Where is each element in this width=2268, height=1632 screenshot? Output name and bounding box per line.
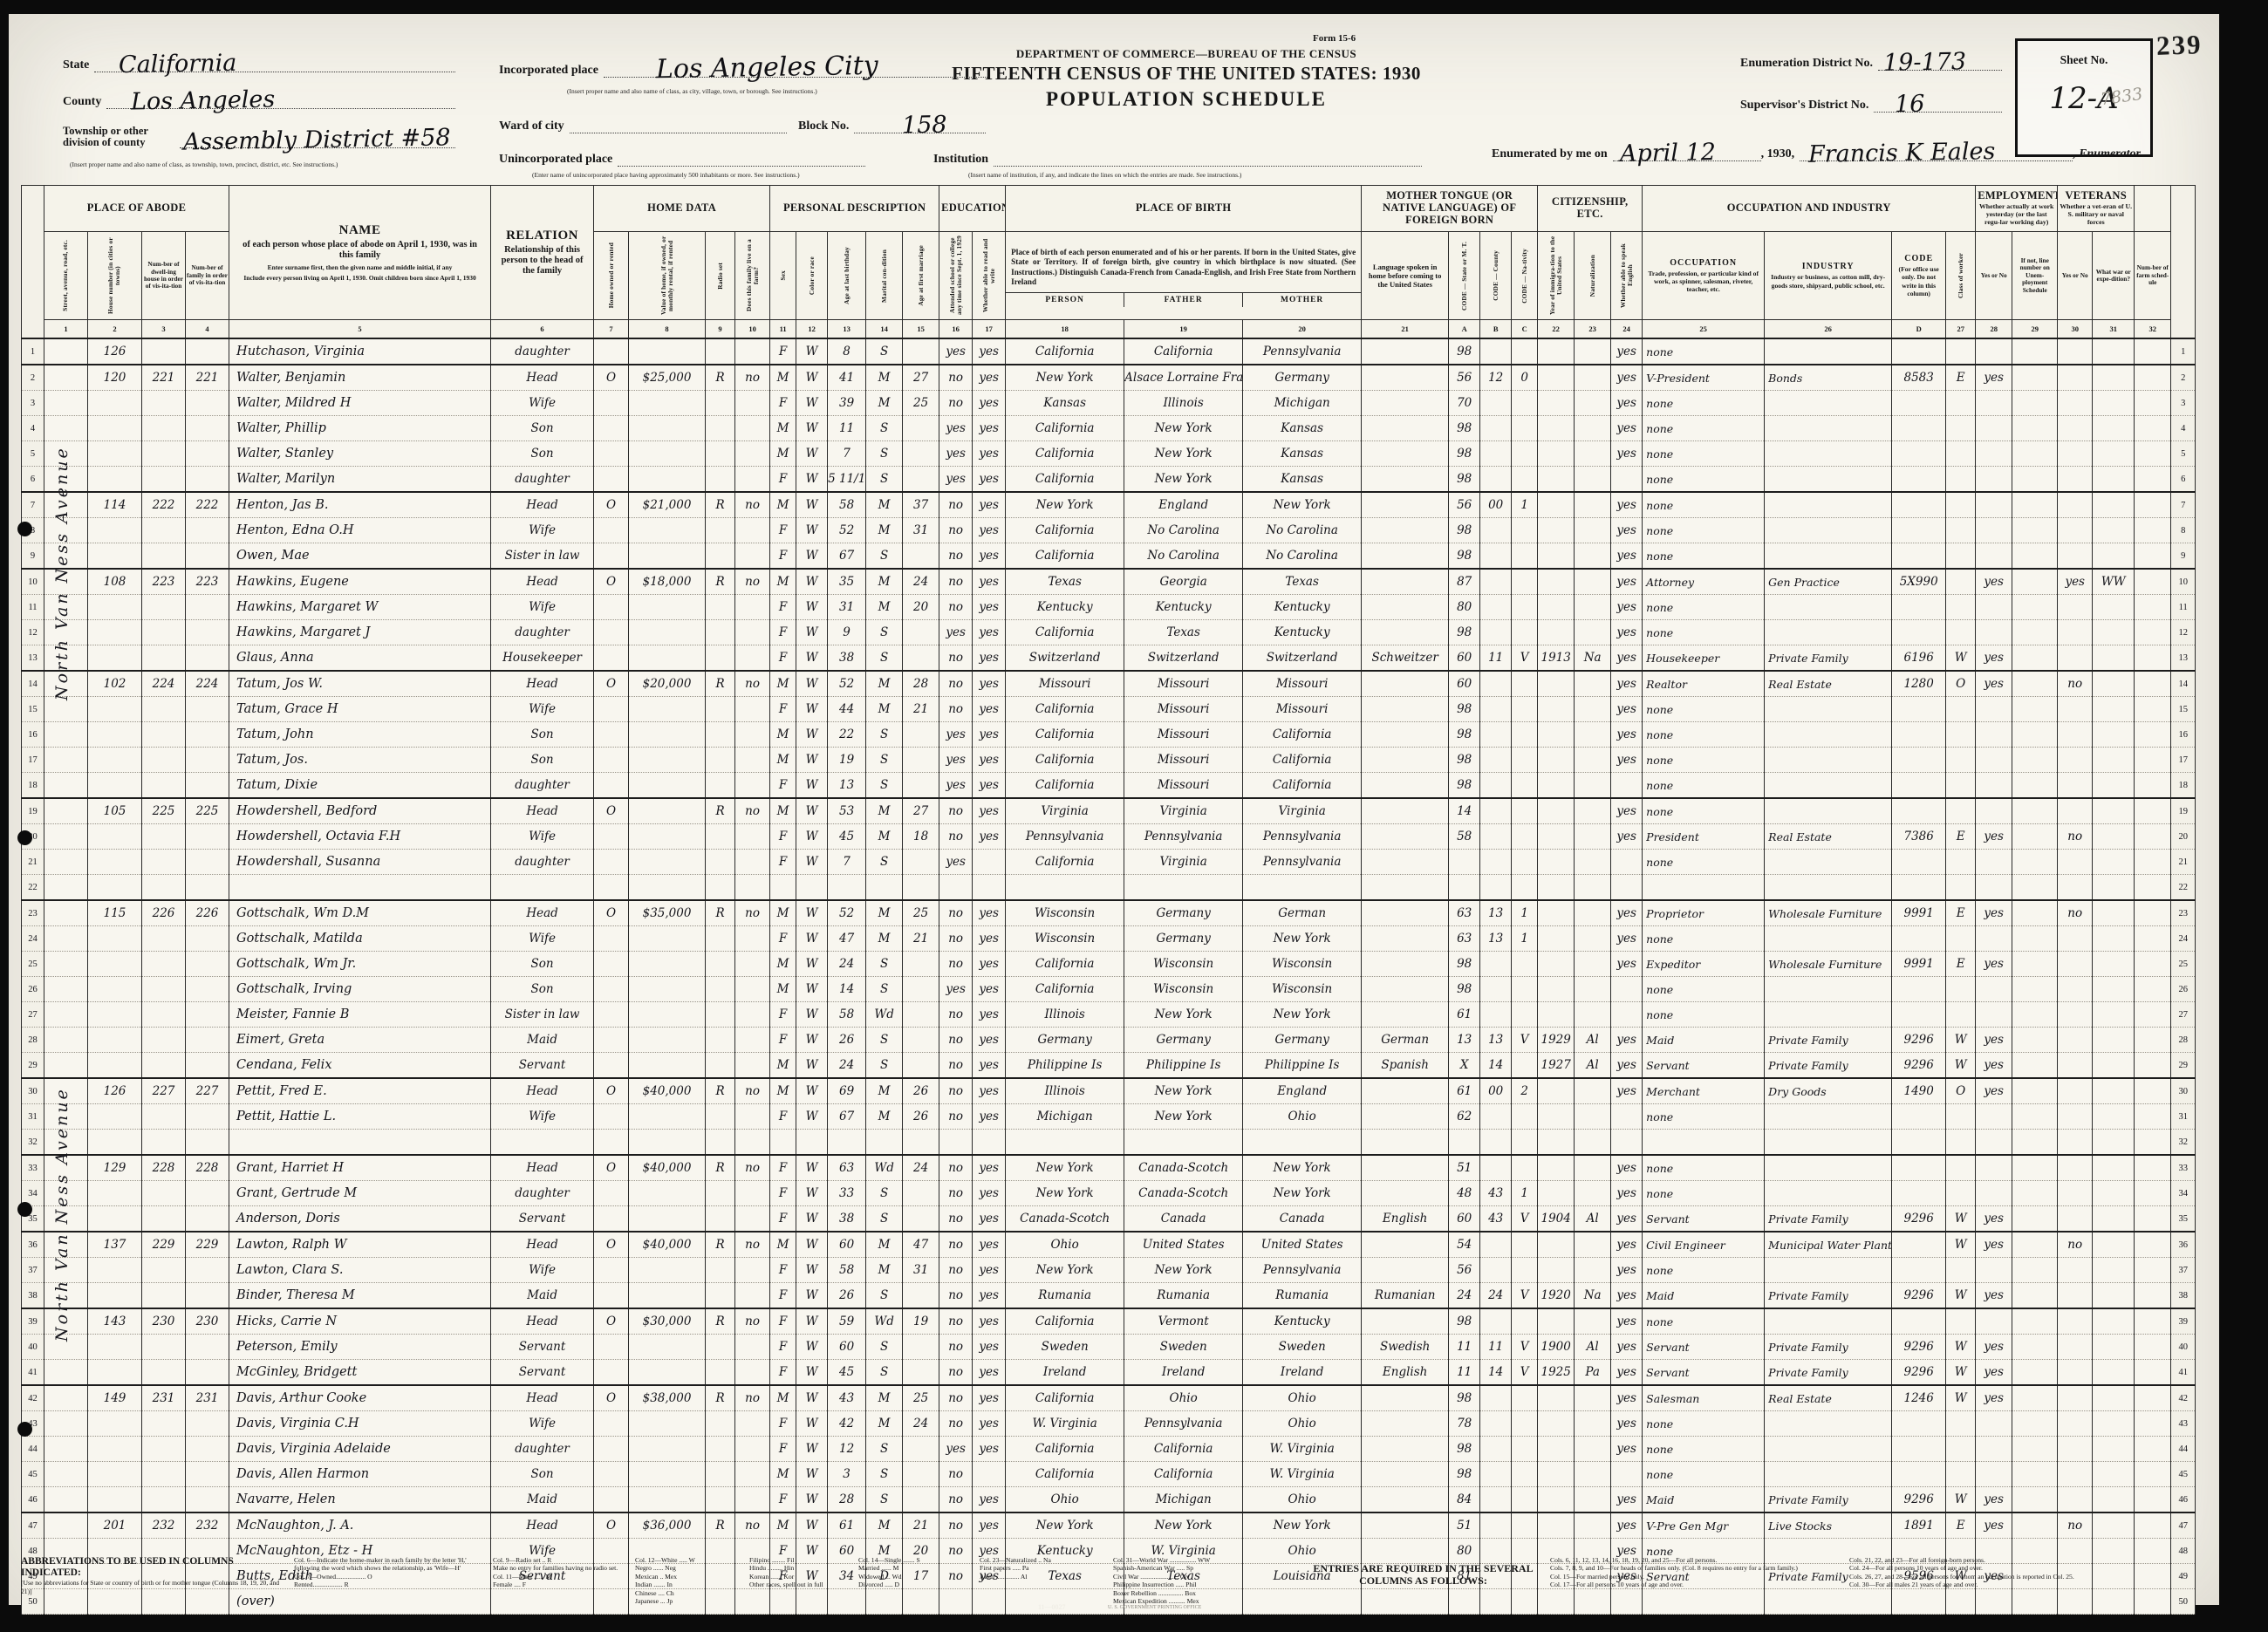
cell: 225 [186, 798, 229, 824]
cell: $18,000 [629, 569, 706, 595]
cell: yes [973, 441, 1006, 467]
cell [706, 645, 735, 672]
cell: Wisconsin [1243, 977, 1362, 1002]
cell [2012, 798, 2058, 824]
cell: no [939, 1078, 973, 1104]
cell: Ireland [1243, 1360, 1362, 1386]
cell: no [939, 697, 973, 722]
cell: Canada-Scotch [1124, 1155, 1243, 1181]
cell: M [770, 900, 796, 926]
cell [2012, 1002, 2058, 1028]
line-number: 30 [2171, 1078, 2196, 1104]
cell [1765, 543, 1892, 570]
cell: M [866, 697, 903, 722]
cell [706, 620, 735, 645]
cell [2058, 595, 2093, 620]
cell: yes [973, 1078, 1006, 1104]
col-number: 22 [1538, 320, 1575, 339]
cell: yes [1611, 1258, 1643, 1283]
line-col [22, 186, 44, 339]
cell: E [1946, 365, 1976, 391]
line-number: 38 [2171, 1283, 2196, 1309]
cell: 129 [88, 1155, 142, 1181]
cell [2012, 824, 2058, 850]
col-number: 12 [796, 320, 828, 339]
cell [903, 467, 939, 493]
cell [1538, 338, 1575, 365]
cell [629, 1487, 706, 1513]
cell: 5X990 [1892, 569, 1946, 595]
group-header: CITIZENSHIP, ETC. [1538, 186, 1643, 232]
cell [1243, 1130, 1362, 1156]
cell [1362, 416, 1449, 441]
cell [2012, 1181, 2058, 1206]
cell: 43 [1480, 1206, 1512, 1233]
cell [1643, 1130, 1765, 1156]
cell: Georgia [1124, 569, 1243, 595]
cell: F [770, 1258, 796, 1283]
cell: none [1643, 1437, 1765, 1462]
cell [1946, 773, 1976, 799]
cell [1538, 391, 1575, 416]
cell [1892, 1308, 1946, 1335]
line-number: 15 [22, 697, 44, 722]
cell: Attorney [1643, 569, 1765, 595]
cell [1512, 620, 1538, 645]
cell [186, 391, 229, 416]
cell: Dry Goods [1765, 1078, 1892, 1104]
cell: New York [1006, 1181, 1124, 1206]
cell: 80 [1449, 595, 1480, 620]
cell: yes [2058, 569, 2093, 595]
cell [88, 1130, 142, 1156]
cell: yes [973, 1308, 1006, 1335]
cell [735, 1002, 770, 1028]
cell [1946, 595, 1976, 620]
cell: F [770, 543, 796, 570]
cell: daughter [491, 1437, 594, 1462]
cell [1538, 1513, 1575, 1539]
cell: Head [491, 1513, 594, 1539]
cell: Salesman [1643, 1385, 1765, 1411]
cell [1976, 391, 2012, 416]
cell [1538, 1130, 1575, 1156]
cell: Canada [1243, 1206, 1362, 1233]
col-header: CODE — State or M. T. [1449, 232, 1480, 320]
line-number: 14 [2171, 671, 2196, 697]
cell [1946, 1462, 1976, 1487]
cell [735, 467, 770, 493]
cell [1480, 416, 1512, 441]
cell [2093, 1232, 2135, 1258]
cell: W [796, 1283, 828, 1309]
cell [1538, 595, 1575, 620]
line-number: 31 [22, 1104, 44, 1130]
cell [1538, 1487, 1575, 1513]
cell [1575, 441, 1611, 467]
pob-header: Place of birth of each person enumerated… [1006, 232, 1362, 320]
cell [2093, 1513, 2135, 1539]
cell [1362, 569, 1449, 595]
cell: Servant [491, 1335, 594, 1360]
cell [903, 1181, 939, 1206]
cell: no [735, 1078, 770, 1104]
cell [2012, 1513, 2058, 1539]
cell: yes [973, 1206, 1006, 1233]
line-number: 17 [2171, 748, 2196, 773]
enumerated-date: April 12 [1619, 139, 1715, 167]
cell [142, 416, 186, 441]
cell: United States [1124, 1232, 1243, 1258]
cell [1362, 543, 1449, 570]
cell: Spanish [1362, 1053, 1449, 1079]
cell [1892, 748, 1946, 773]
col-header: INDUSTRYIndustry or business, as cotton … [1765, 232, 1892, 320]
cell [1512, 798, 1538, 824]
cell [1765, 697, 1892, 722]
cell [1976, 697, 2012, 722]
cell [1512, 467, 1538, 493]
cell: yes [1611, 671, 1643, 697]
cell: yes [1611, 697, 1643, 722]
cell [142, 850, 186, 875]
cell [629, 1002, 706, 1028]
cell: 12 [1480, 365, 1512, 391]
cell [1611, 977, 1643, 1002]
col-number: 25 [1643, 320, 1765, 339]
cell [594, 926, 629, 952]
cell: W [796, 798, 828, 824]
cell [1575, 467, 1611, 493]
cell: 26 [828, 1028, 866, 1053]
cell: O [594, 365, 629, 391]
cell: Ohio [1243, 1487, 1362, 1513]
cell: Sister in law [491, 1002, 594, 1028]
col-header: Age at first marriage [903, 232, 939, 320]
cell [1946, 1155, 1976, 1181]
cell [1892, 338, 1946, 365]
cell: 27 [903, 365, 939, 391]
cell [2058, 977, 2093, 1002]
township-field: Township or other division of county Ass… [63, 126, 455, 148]
cell: F [770, 773, 796, 799]
institution-label: Institution [933, 154, 994, 167]
cell [2012, 773, 2058, 799]
cell [629, 1130, 706, 1156]
cell: Lawton, Clara S. [229, 1258, 491, 1283]
cell: $40,000 [629, 1155, 706, 1181]
cell: W [796, 1308, 828, 1335]
line-number: 16 [2171, 722, 2196, 748]
cell: W [796, 977, 828, 1002]
cell: W [796, 1028, 828, 1053]
cell: 229 [142, 1232, 186, 1258]
cell [2093, 1360, 2135, 1386]
cell [1946, 722, 1976, 748]
cell: W [796, 365, 828, 391]
cell: W [796, 620, 828, 645]
cell [142, 1028, 186, 1053]
cell: Anderson, Doris [229, 1206, 491, 1233]
cell: O [594, 671, 629, 697]
line-number: 6 [2171, 467, 2196, 493]
col-number: 27 [1946, 320, 1976, 339]
line-number: 41 [2171, 1360, 2196, 1386]
cell [2135, 569, 2171, 595]
cell [1946, 1130, 1976, 1156]
cell [629, 467, 706, 493]
cell [1538, 569, 1575, 595]
cell: English [1362, 1206, 1449, 1233]
cell [629, 697, 706, 722]
cell: yes [1611, 1078, 1643, 1104]
cell [2093, 1385, 2135, 1411]
cell: California [1243, 773, 1362, 799]
cell: 9296 [1892, 1206, 1946, 1233]
state-label: State [63, 59, 94, 72]
line-number: 28 [2171, 1028, 2196, 1053]
cell: R [706, 900, 735, 926]
cell [491, 875, 594, 901]
cell [88, 850, 142, 875]
cell: Germany [1124, 926, 1243, 952]
cell: 1 [1512, 900, 1538, 926]
cell [735, 1283, 770, 1309]
cell: Grant, Harriet H [229, 1155, 491, 1181]
cell: none [1643, 1002, 1765, 1028]
cell: 60 [1449, 1206, 1480, 1233]
cell [939, 875, 973, 901]
line-col [2171, 186, 2196, 339]
cell: 25 [903, 900, 939, 926]
cell [706, 926, 735, 952]
cell [1765, 926, 1892, 952]
cell: M [770, 416, 796, 441]
cell [1575, 391, 1611, 416]
cell: none [1643, 697, 1765, 722]
cell [706, 1028, 735, 1053]
cell: yes [973, 416, 1006, 441]
cell: no [735, 1513, 770, 1539]
cell: F [770, 1411, 796, 1437]
cell [735, 1437, 770, 1462]
cell [1892, 416, 1946, 441]
cell [1575, 952, 1611, 977]
cell [2012, 1258, 2058, 1283]
cell: 1920 [1538, 1283, 1575, 1309]
cell: Housekeeper [1643, 645, 1765, 672]
group-header: NAMEof each person whose place of abode … [229, 186, 491, 320]
cell: no [2058, 671, 2093, 697]
cell [2012, 1130, 2058, 1156]
cell [2058, 1028, 2093, 1053]
cell: yes [1611, 952, 1643, 977]
cell: 228 [142, 1155, 186, 1181]
schedule-row: 17Tatum, Jos.SonMW19SyesyesCaliforniaMis… [22, 748, 2196, 773]
line-number: 24 [2171, 926, 2196, 952]
cell [2093, 1002, 2135, 1028]
cell [706, 595, 735, 620]
cell: 232 [186, 1513, 229, 1539]
cell [186, 773, 229, 799]
cell: R [706, 1155, 735, 1181]
cell [1575, 416, 1611, 441]
cell: yes [1976, 1283, 2012, 1309]
cell: New York [1124, 1513, 1243, 1539]
line-number: 46 [2171, 1487, 2196, 1513]
cell: 229 [186, 1232, 229, 1258]
street-name-vertical: North Van Ness Avenue [52, 935, 72, 1493]
cell [594, 748, 629, 773]
cell: yes [1976, 1078, 2012, 1104]
cell [1892, 543, 1946, 570]
cell [2012, 492, 2058, 518]
cell: England [1243, 1078, 1362, 1104]
cell [1946, 1181, 1976, 1206]
cell [706, 1053, 735, 1079]
cell [1575, 365, 1611, 391]
col-number: 32 [2135, 320, 2171, 339]
unincorporated-label: Unincorporated place [499, 154, 618, 167]
cell: yes [939, 1437, 973, 1462]
cell: 1925 [1538, 1360, 1575, 1386]
cell: W [796, 569, 828, 595]
cell [903, 645, 939, 672]
cell [2093, 773, 2135, 799]
cell: no [939, 492, 973, 518]
cell [735, 645, 770, 672]
township-label: Township or other division of county [63, 126, 180, 148]
cell [1946, 338, 1976, 365]
col-number: 24 [1611, 320, 1643, 339]
cell: WW [2093, 569, 2135, 595]
cell: M [866, 671, 903, 697]
cell: 41 [828, 365, 866, 391]
cell [142, 391, 186, 416]
cell [186, 416, 229, 441]
cell [88, 1053, 142, 1079]
cell [2093, 1130, 2135, 1156]
cell [1946, 850, 1976, 875]
cell [1976, 1155, 2012, 1181]
schedule-table-wrap: PLACE OF ABODENAMEof each person whose p… [21, 185, 2196, 1615]
cell [735, 595, 770, 620]
cell [735, 416, 770, 441]
cell: M [770, 492, 796, 518]
cell [1575, 1232, 1611, 1258]
cell [2093, 671, 2135, 697]
cell: 33 [828, 1181, 866, 1206]
cell: Real Estate [1765, 671, 1892, 697]
cell: Merchant [1643, 1078, 1765, 1104]
cell: yes [973, 1360, 1006, 1386]
cell [1362, 900, 1449, 926]
cell: yes [1611, 338, 1643, 365]
cell: 25 [903, 1385, 939, 1411]
cell: Walter, Benjamin [229, 365, 491, 391]
cell: Private Family [1765, 1487, 1892, 1513]
cell [1480, 1411, 1512, 1437]
line-number: 32 [2171, 1130, 2196, 1156]
cell: Cendana, Felix [229, 1053, 491, 1079]
cell: W [796, 441, 828, 467]
cell [1512, 416, 1538, 441]
cell [629, 798, 706, 824]
cell: none [1643, 338, 1765, 365]
line-number: 44 [22, 1437, 44, 1462]
cell [1480, 697, 1512, 722]
cell [2058, 645, 2093, 672]
cell [1512, 1232, 1538, 1258]
cell [2093, 1487, 2135, 1513]
cell: yes [973, 1258, 1006, 1283]
cell [735, 1462, 770, 1487]
cell: Virginia [1243, 798, 1362, 824]
cell [594, 773, 629, 799]
cell: Pennsylvania [1006, 824, 1124, 850]
cell [629, 1335, 706, 1360]
cell [1892, 773, 1946, 799]
cell [2093, 441, 2135, 467]
cell [1892, 492, 1946, 518]
cell [2058, 722, 2093, 748]
cell [1124, 1130, 1243, 1156]
unincorporated-rule [618, 152, 865, 167]
cell [1575, 1130, 1611, 1156]
line-number: 33 [2171, 1155, 2196, 1181]
cell [629, 1053, 706, 1079]
schedule-row: 7114222222Henton, Jas B.HeadO$21,000RnoM… [22, 492, 2196, 518]
cell: no [939, 543, 973, 570]
cell [88, 1462, 142, 1487]
cell: W [796, 1462, 828, 1487]
line-number: 25 [22, 952, 44, 977]
cell: 1904 [1538, 1206, 1575, 1233]
col-header: Whether able to speak English [1611, 232, 1643, 320]
cell: 11 [1480, 1335, 1512, 1360]
cell: yes [1611, 1437, 1643, 1462]
schedule-row: 45Davis, Allen HarmonSonMW3SnoCalifornia… [22, 1462, 2196, 1487]
line-number: 4 [22, 416, 44, 441]
col-header: OCCUPATIONTrade, profession, or particul… [1643, 232, 1765, 320]
cell: M [866, 824, 903, 850]
cell: M [770, 1053, 796, 1079]
cell: M [770, 722, 796, 748]
cell: yes [973, 569, 1006, 595]
line-number: 7 [22, 492, 44, 518]
cell [1512, 697, 1538, 722]
cell [2093, 850, 2135, 875]
line-number: 11 [22, 595, 44, 620]
cell [1765, 977, 1892, 1002]
cell [1946, 1002, 1976, 1028]
cell [706, 1411, 735, 1437]
cell [1976, 1308, 2012, 1335]
cell: Private Family [1765, 645, 1892, 672]
cell: Servant [491, 1206, 594, 1233]
cell [1480, 1385, 1512, 1411]
enumerated-label: Enumerated by me on [1492, 148, 1613, 161]
cell: W [1946, 1232, 1976, 1258]
cell [1976, 492, 2012, 518]
line-number: 23 [2171, 900, 2196, 926]
cell [186, 1181, 229, 1206]
cell: Rumania [1006, 1283, 1124, 1309]
cell [142, 722, 186, 748]
enumerator-suffix: , Enumerator [2073, 148, 2146, 161]
cell [735, 748, 770, 773]
cell: 52 [828, 671, 866, 697]
